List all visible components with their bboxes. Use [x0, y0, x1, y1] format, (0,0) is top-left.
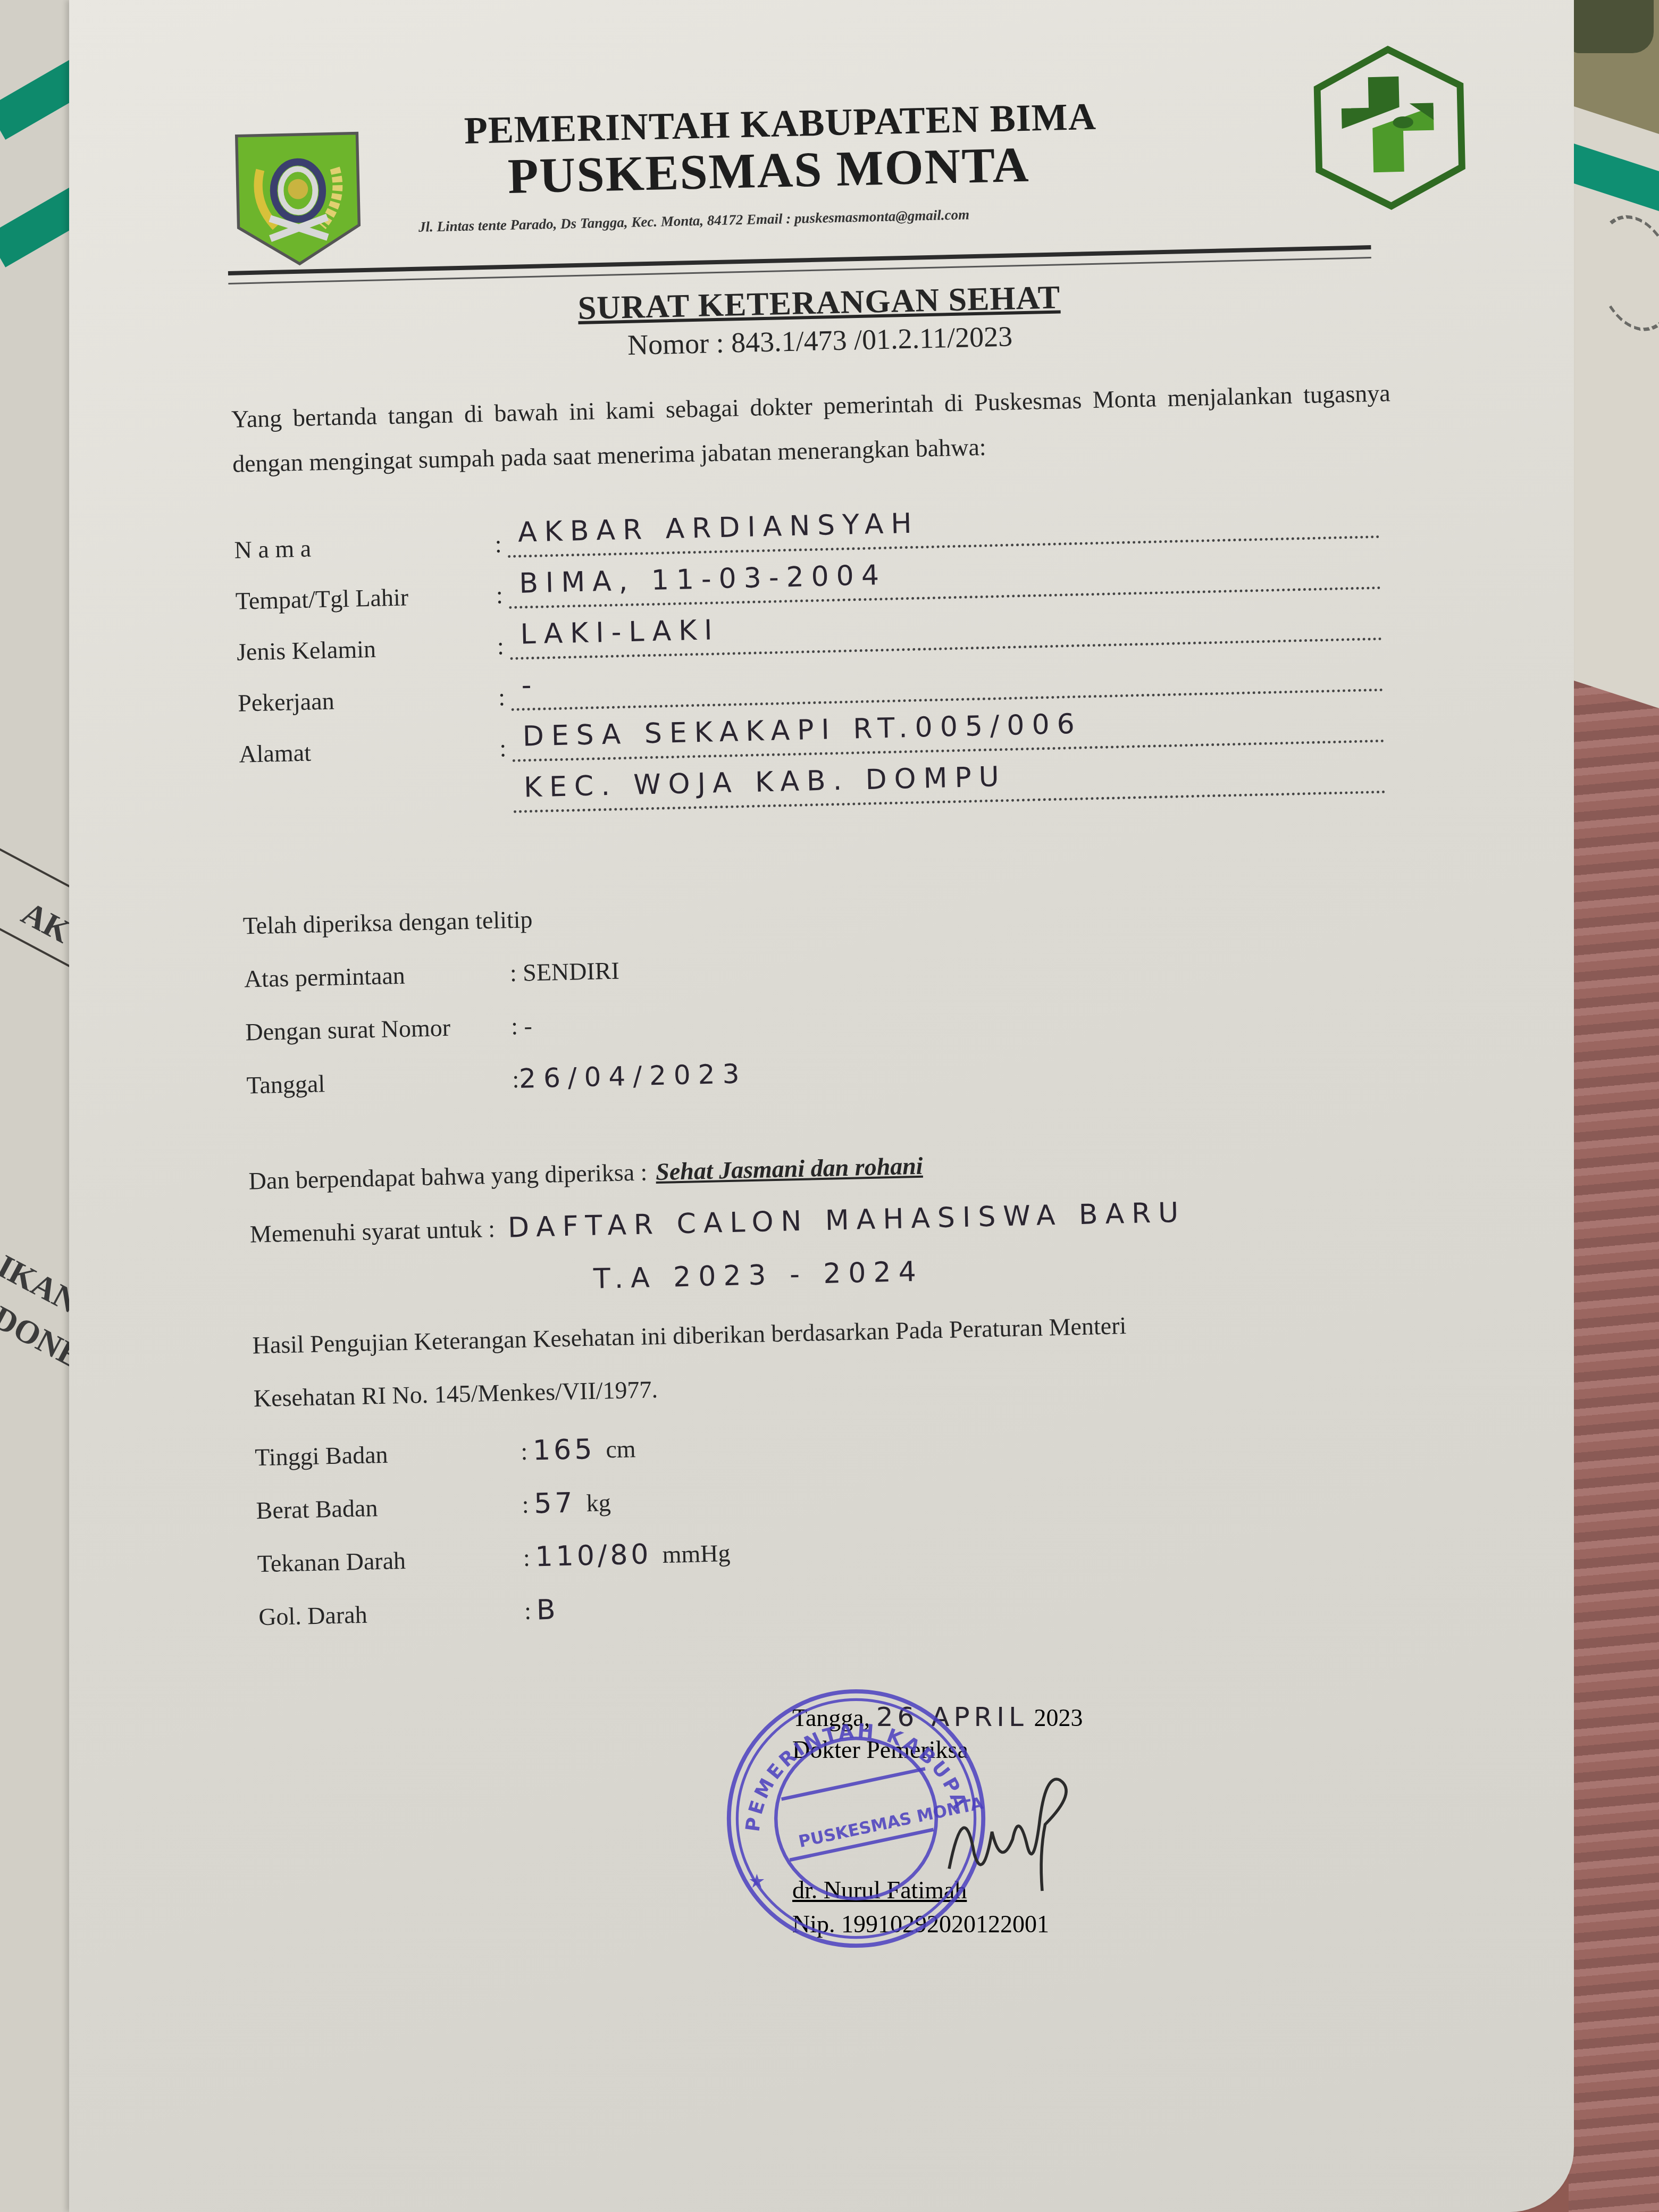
field-label: Tempat/Tgl Lahir: [235, 581, 496, 615]
colon: :: [499, 734, 513, 763]
svg-text:★: ★: [748, 1871, 766, 1892]
health-certificate-paper: PEMERINTAH KABUPATEN BIMA PUSKESMAS MONT…: [69, 0, 1574, 2212]
field-label: Jenis Kelamin: [237, 632, 498, 666]
colon: :: [496, 581, 509, 609]
intro-paragraph: Yang bertanda tangan di bawah ini kami s…: [231, 371, 1392, 486]
weight-value: 57: [534, 1487, 576, 1520]
field-label: Dengan surat Nomor: [245, 1012, 512, 1046]
letterhead: PEMERINTAH KABUPATEN BIMA PUSKESMAS MONT…: [223, 36, 1472, 266]
unit: kg: [586, 1488, 611, 1517]
field-label: Gol. Darah: [258, 1596, 525, 1630]
colon: :: [521, 1437, 528, 1465]
kabupaten-bima-emblem-icon: [225, 124, 372, 271]
height-value: 165: [532, 1434, 596, 1467]
colon: :: [512, 1065, 520, 1093]
field-label: Tekanan Darah: [257, 1543, 523, 1577]
background-red-fabric: [1569, 670, 1659, 2212]
vitals-section: Tinggi Badan : 165 cm Berat Badan : 57 k…: [254, 1402, 1503, 1643]
field-label: Tinggi Badan: [255, 1437, 521, 1471]
seal-fragment: [1595, 204, 1659, 342]
blood-pressure-value: 110/80: [535, 1538, 652, 1573]
institution-name: PUSKESMAS MONTA: [507, 136, 1030, 205]
exam-date-value: 26/04/2023: [519, 1058, 747, 1094]
purpose-label: Memenuhi syarat untuk :: [249, 1214, 495, 1247]
field-label: Atas permintaan: [244, 959, 510, 993]
unit: cm: [606, 1435, 636, 1463]
background-right-document: [1574, 106, 1659, 715]
institution-address: Jl. Lintas tente Parado, Ds Tangga, Kec.…: [418, 206, 970, 236]
puskesmas-cross-icon: [1303, 41, 1477, 215]
health-result: Sehat Jasmani dan rohani: [656, 1151, 923, 1185]
unit: mmHg: [662, 1539, 731, 1569]
request-value: : SENDIRI: [509, 956, 619, 987]
field-label: Alamat: [239, 734, 500, 768]
signature-block: PEMERINTAH KABUPATEN BIMA PUSKESMAS MONT…: [792, 1702, 1271, 1944]
examination-section: Telah diperiksa dengan telitip Atas perm…: [242, 871, 1491, 1112]
field-label: N a m a: [234, 530, 495, 564]
academic-year-value: T.A 2023 - 2024: [593, 1256, 924, 1295]
letter-number-value: : -: [511, 1011, 533, 1040]
colon: :: [522, 1490, 529, 1518]
identity-section: N a m a : AKBAR ARDIANSYAH Tempat/Tgl La…: [233, 485, 1484, 819]
colon: :: [497, 632, 510, 660]
handwritten-signature-icon: [941, 1765, 1090, 1898]
purpose-value: DAFTAR CALON MAHASISWA BARU: [507, 1196, 1186, 1244]
document-content: PEMERINTAH KABUPATEN BIMA PUSKESMAS MONT…: [223, 36, 1503, 1643]
colon: :: [523, 1543, 530, 1571]
blood-type-value: B: [536, 1594, 559, 1626]
field-label: Tanggal: [246, 1065, 513, 1099]
opinion-section: Dan berpendapat bahwa yang diperiksa : S…: [248, 1126, 1496, 1313]
colon: :: [524, 1596, 532, 1624]
signature-year: 2023: [1034, 1704, 1083, 1731]
background-left-document: AK IKAN DONE: [0, 0, 80, 2212]
background-dark-object: [1569, 0, 1654, 53]
colon: :: [498, 683, 512, 711]
regulation-text: Hasil Pengujian Keterangan Kesehatan ini…: [252, 1291, 1498, 1425]
field-label: Pekerjaan: [238, 683, 499, 717]
opinion-label: Dan berpendapat bahwa yang diperiksa :: [248, 1158, 648, 1195]
divider-line: [0, 845, 75, 890]
teal-stripe: [1574, 144, 1659, 218]
title-block: SURAT KETERANGAN SEHAT Nomor : 843.1/473…: [229, 270, 1474, 371]
colon: :: [495, 530, 508, 558]
field-label: Berat Badan: [256, 1490, 522, 1524]
